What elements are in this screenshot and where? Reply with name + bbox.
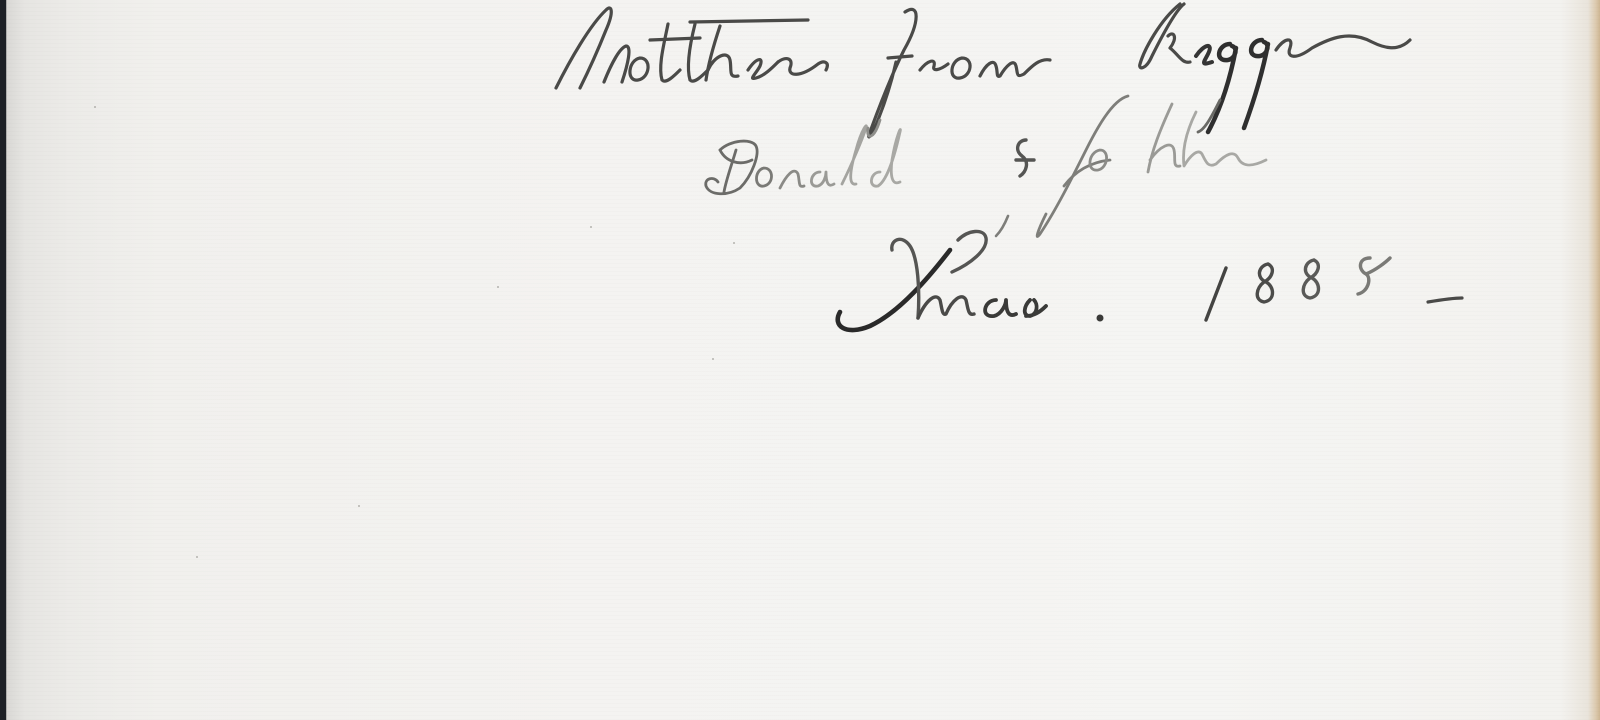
handwriting-strokes — [0, 0, 1600, 720]
paper-speck — [497, 286, 499, 288]
paper-speck — [94, 106, 96, 108]
book-page: Mother from Reggie Donald & John Xmas. 1… — [0, 0, 1600, 720]
line1-strokes — [556, 4, 1410, 137]
paper-speck — [712, 358, 714, 360]
paper-speck — [733, 242, 735, 244]
paper-speck — [590, 226, 592, 228]
paper-speck — [196, 556, 198, 558]
handwritten-inscription: Mother from Reggie Donald & John Xmas. 1… — [0, 0, 1600, 720]
line2-strokes — [706, 96, 1266, 237]
paper-speck — [358, 505, 360, 507]
line3-strokes — [838, 216, 1462, 330]
